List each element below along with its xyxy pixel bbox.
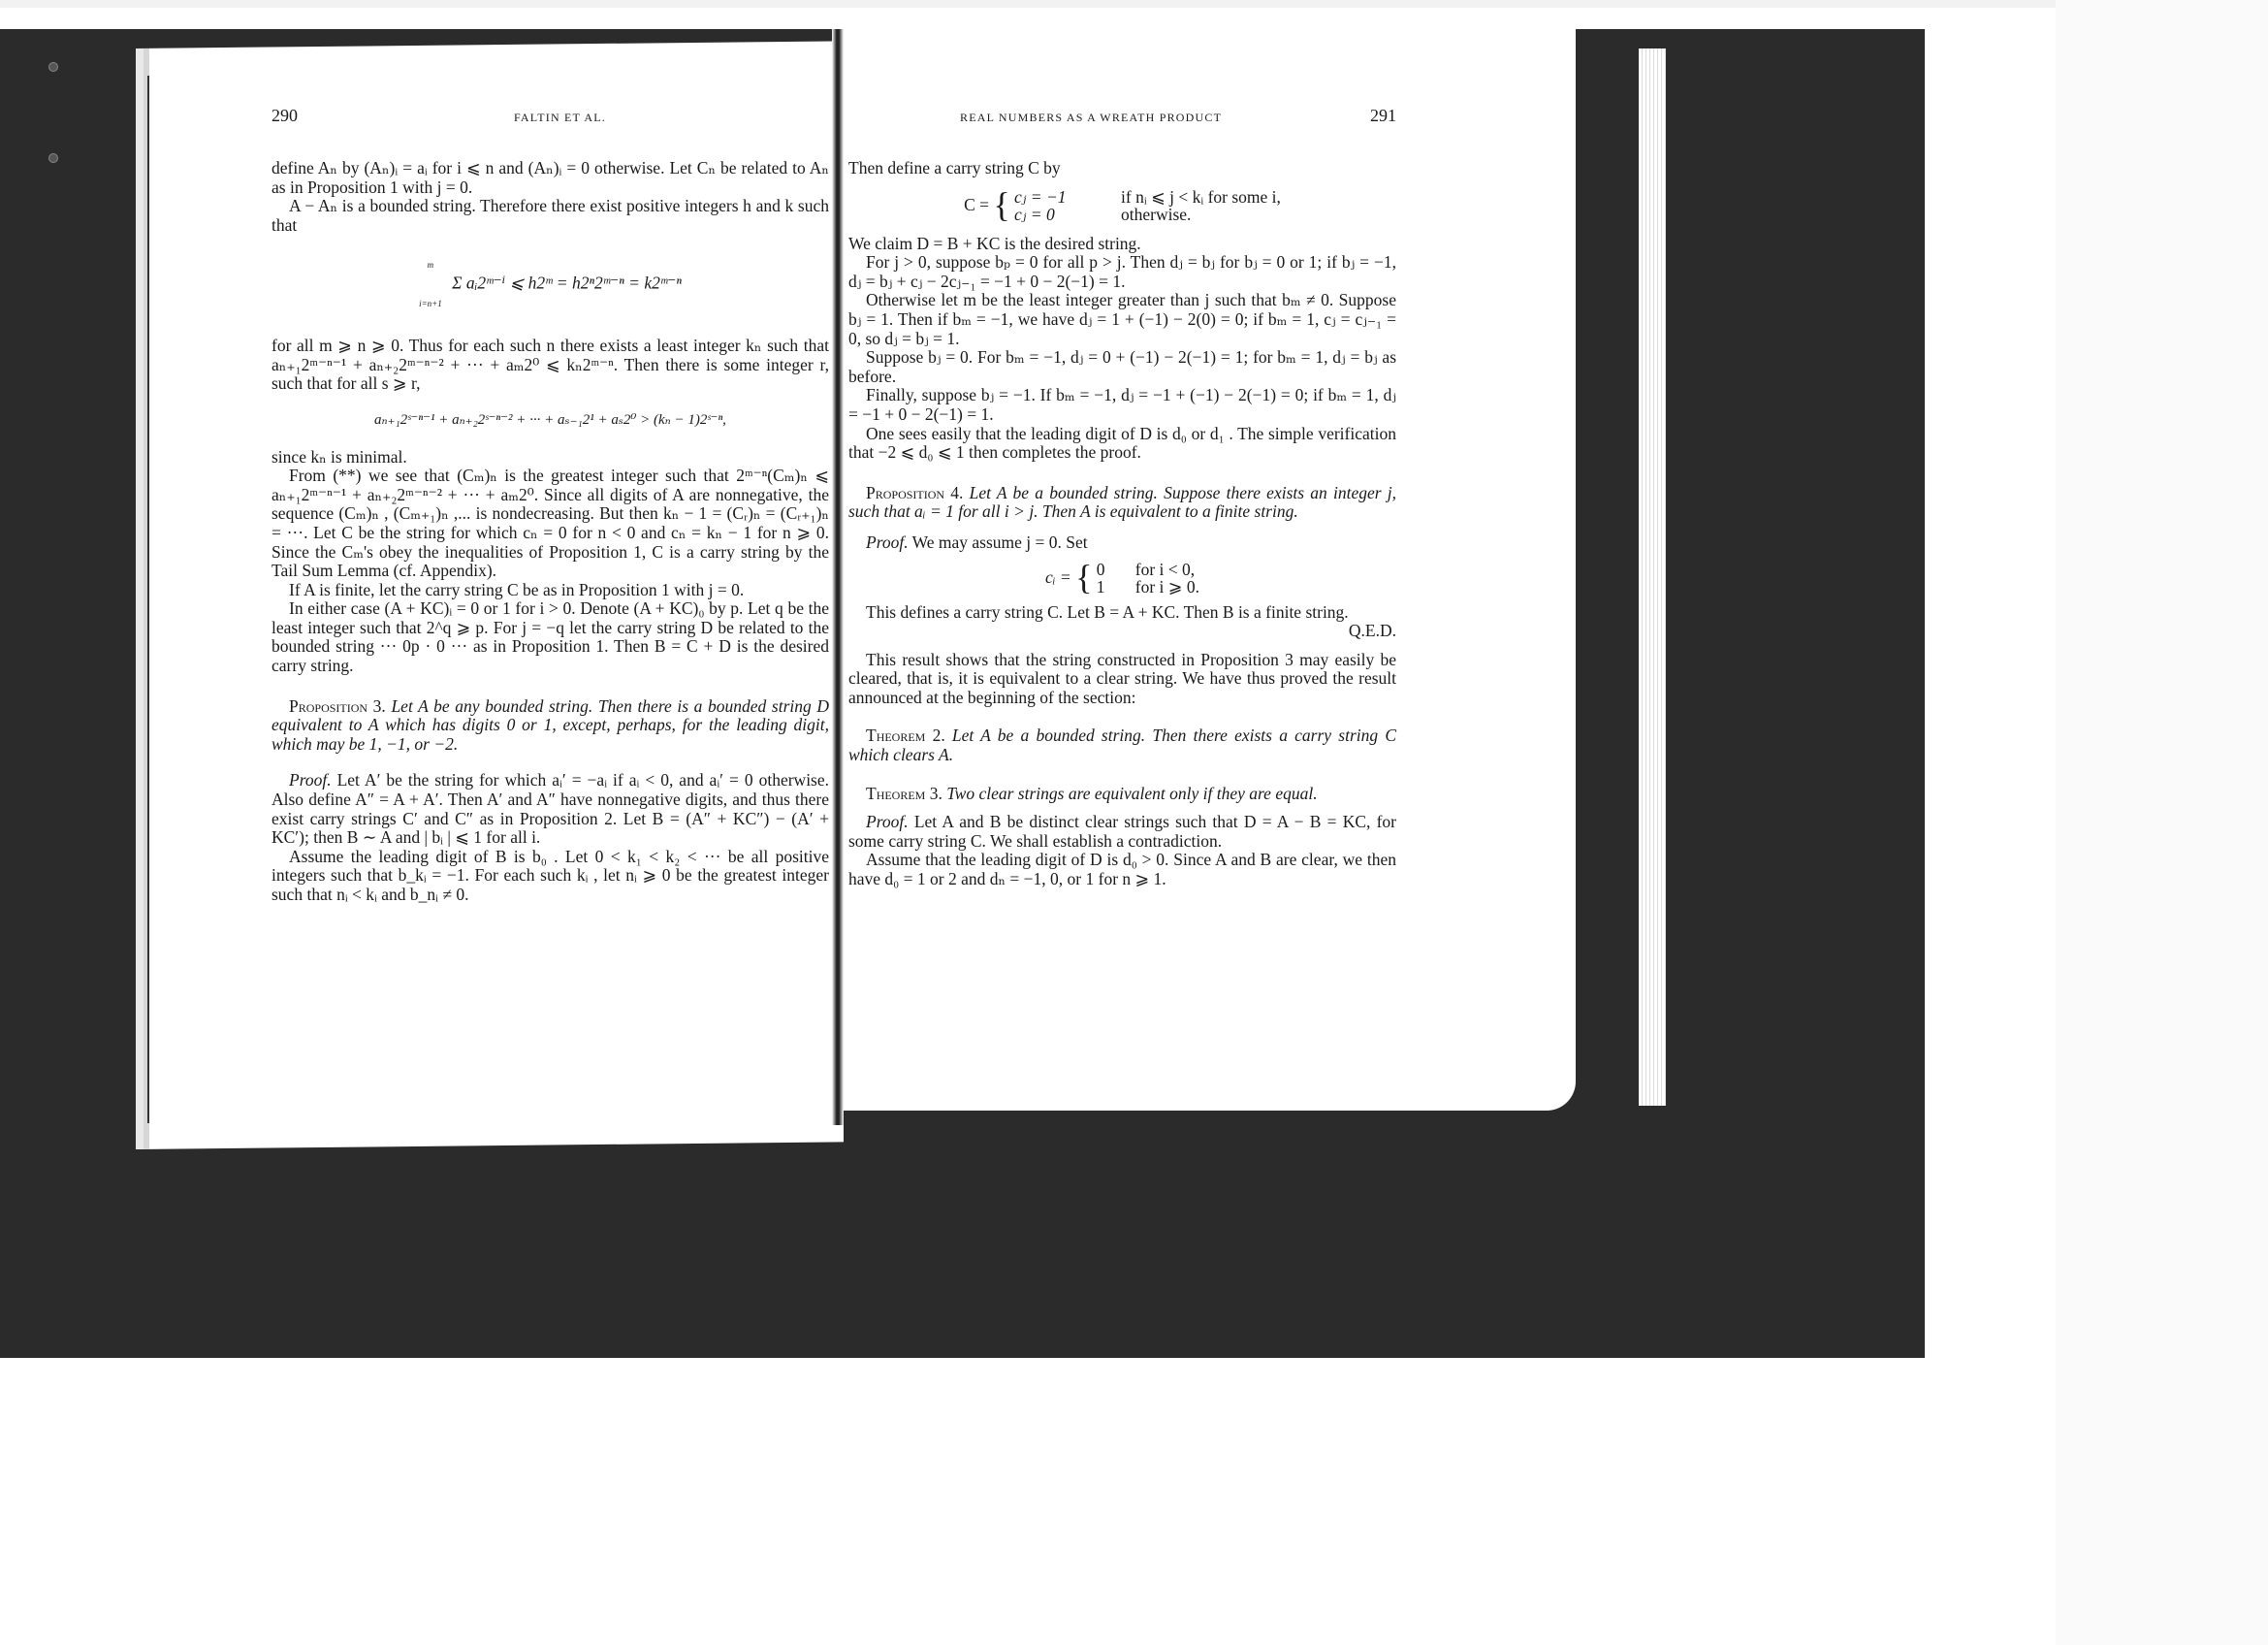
left-page-text: 290 FALTIN ET AL. define Aₙ by (Aₙ)ᵢ = a… — [272, 107, 829, 905]
paragraph: For j > 0, suppose bₚ = 0 for all p > j.… — [848, 253, 1396, 291]
page-number: 290 — [272, 107, 298, 126]
paragraph: for all m ⩾ n ⩾ 0. Thus for each such n … — [272, 337, 829, 394]
equation-text: Σ aᵢ2ᵐ⁻ⁱ ⩽ h2ᵐ = h2ⁿ2ᵐ⁻ⁿ = k2ᵐ⁻ⁿ — [452, 274, 682, 293]
proof-label: Proof. — [289, 770, 332, 790]
proof-text: Let A′ be the string for which aᵢ′ = −aᵢ… — [272, 770, 829, 847]
paragraph: Finally, suppose bⱼ = −1. If bₘ = −1, dⱼ… — [848, 386, 1396, 424]
sum-lower-limit: i=n+1 — [419, 295, 442, 314]
running-title: REAL NUMBERS AS A WREATH PRODUCT — [960, 109, 1222, 128]
page-edges — [1639, 48, 1666, 1106]
paragraph: Then define a carry string C by — [848, 159, 1396, 178]
equation-lhs: C = — [964, 195, 989, 214]
page-number: 291 — [1370, 107, 1396, 126]
proposition-3: Proposition 3. Let A be any bounded stri… — [272, 697, 829, 755]
sum-upper-limit: m — [419, 256, 442, 275]
paragraph: From (**) we see that (Cₘ)ₙ is the great… — [272, 467, 829, 581]
proof-theorem-3: Proof. Let A and B be distinct clear str… — [848, 813, 1396, 851]
equation-sum: m . i=n+1 Σ aᵢ2ᵐ⁻ⁱ ⩽ h2ᵐ = h2ⁿ2ᵐ⁻ⁿ = k2ᵐ… — [272, 256, 829, 313]
proof-text: Let A and B be distinct clear strings su… — [848, 812, 1396, 851]
paragraph: Otherwise let m be the least integer gre… — [848, 291, 1396, 348]
scanner-margin-right — [1925, 10, 2056, 1358]
paragraph: We claim D = B + KC is the desired strin… — [848, 235, 1396, 254]
qed-mark: Q.E.D. — [848, 622, 1396, 641]
cases: cⱼ = −1if nᵢ ⩽ j < kᵢ for some i, cⱼ = 0… — [1014, 188, 1281, 223]
paragraph: In either case (A + KC)ᵢ = 0 or 1 for i … — [272, 599, 829, 675]
paragraph: since kₙ is minimal. — [272, 448, 829, 468]
proof-label: Proof. — [866, 812, 909, 831]
paragraph: A − Aₙ is a bounded string. Therefore th… — [272, 197, 829, 235]
running-head: REAL NUMBERS AS A WREATH PRODUCT 291 — [848, 107, 1396, 126]
theorem-label: Theorem 2. — [866, 726, 945, 745]
scanner-bottom-edge — [0, 1358, 2056, 1645]
proof-3: Proof. Let A′ be the string for which aᵢ… — [272, 771, 829, 847]
cases: 0for i < 0, 1for i ⩾ 0. — [1097, 561, 1199, 596]
paragraph: define Aₙ by (Aₙ)ᵢ = aᵢ for i ⩽ n and (A… — [272, 159, 829, 197]
proof-4: Proof. We may assume j = 0. Set — [848, 533, 1396, 553]
paragraph: If A is finite, let the carry string C b… — [272, 581, 829, 600]
theorem-statement: Two clear strings are equivalent only if… — [946, 784, 1317, 803]
scanner-top-edge — [0, 0, 2268, 8]
binding-hole-icon — [48, 62, 58, 72]
equation-inequality: aₙ₊₁2ˢ⁻ⁿ⁻¹ + aₙ₊₂2ˢ⁻ⁿ⁻² + ··· + aₛ₋₁2¹ +… — [272, 411, 829, 431]
equation-cases-c: cᵢ = { 0for i < 0, 1for i ⩾ 0. — [848, 561, 1396, 596]
binding-hole-icon — [48, 153, 58, 163]
running-head: 290 FALTIN ET AL. — [272, 107, 829, 126]
paragraph: Suppose bⱼ = 0. For bₘ = −1, dⱼ = 0 + (−… — [848, 348, 1396, 386]
proposition-4: Proposition 4. Let A be a bounded string… — [848, 484, 1396, 522]
right-page-text: REAL NUMBERS AS A WREATH PRODUCT 291 The… — [848, 107, 1396, 889]
page-border-line — [147, 76, 149, 1123]
proof-text: We may assume j = 0. Set — [912, 532, 1088, 552]
theorem-3: Theorem 3. Two clear strings are equival… — [848, 785, 1396, 804]
paragraph: This result shows that the string constr… — [848, 651, 1396, 708]
proposition-label: Proposition 4. — [866, 483, 963, 502]
paragraph: This defines a carry string C. Let B = A… — [848, 603, 1396, 623]
book-gutter — [832, 29, 844, 1125]
scanner-right-edge — [2056, 0, 2268, 1645]
equation-lhs: cᵢ = — [1045, 567, 1071, 587]
equation-cases-C: C = { cⱼ = −1if nᵢ ⩽ j < kᵢ for some i, … — [848, 188, 1396, 223]
theorem-2: Theorem 2. Let A be a bounded string. Th… — [848, 726, 1396, 764]
paragraph: Assume the leading digit of B is b₀ . Le… — [272, 848, 829, 905]
theorem-label: Theorem 3. — [866, 784, 942, 803]
paragraph: One sees easily that the leading digit o… — [848, 425, 1396, 463]
proposition-label: Proposition 3. — [289, 696, 386, 716]
paragraph: Assume that the leading digit of D is d₀… — [848, 851, 1396, 888]
running-title: FALTIN ET AL. — [514, 109, 606, 128]
proof-label: Proof. — [866, 532, 909, 552]
